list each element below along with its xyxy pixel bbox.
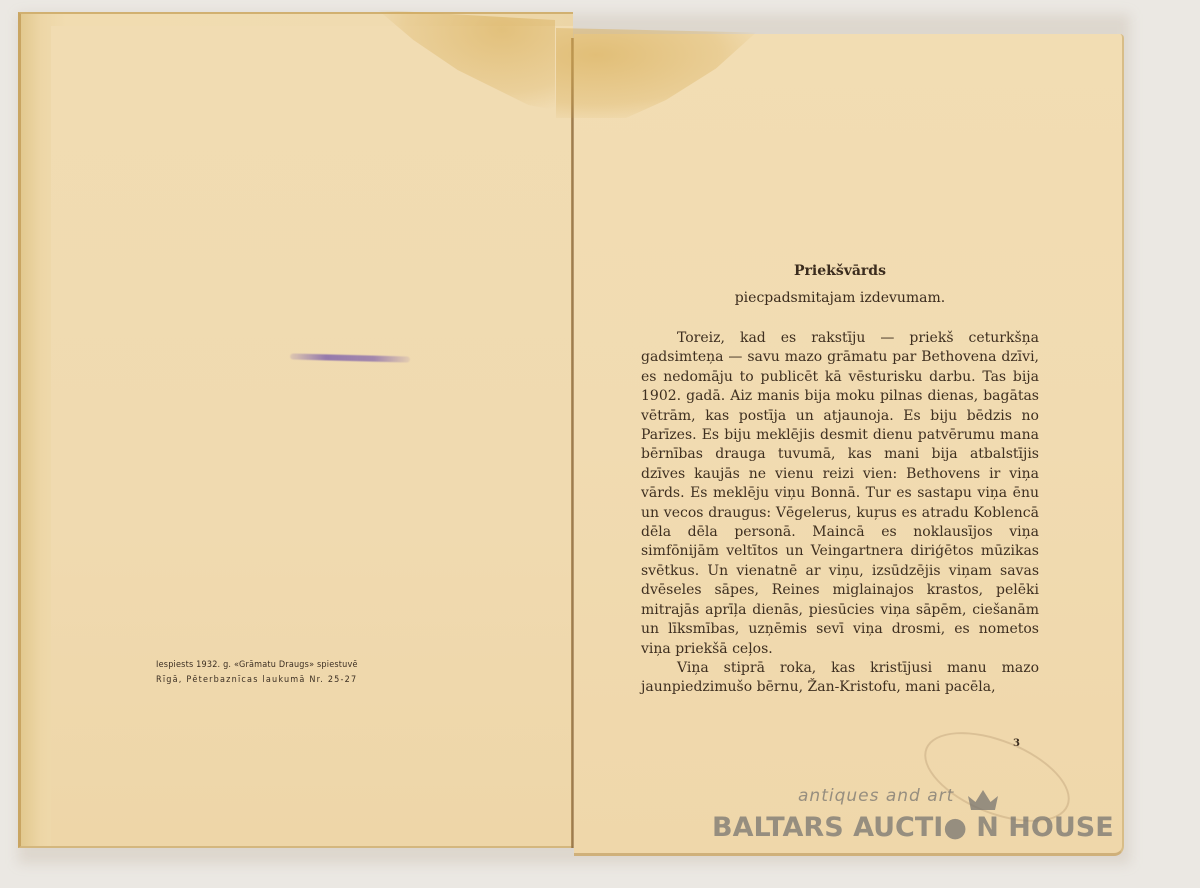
imprint-line-2: Rīgā, Pēterbaznīcas laukumā Nr. 25-27 [156,673,358,688]
left-page-leaf [51,26,573,846]
page-title: Priekšvārds [620,263,1060,279]
watermark-name: BALTARS AUCTI● N HOUSE [712,812,1114,843]
paragraph-2: Viņa stiprā roka, kas kristījusi manu ma… [641,659,1039,698]
watermark-tagline: antiques and art [798,786,954,806]
imprint-line-1: Iespiests 1932. g. «Grāmatu Draugs» spie… [156,658,358,673]
watermark: antiques and art BALTARS AUCTI● N HOUSE [720,790,1120,860]
book-spine [571,38,574,848]
paragraph-1: Toreiz, kad es rakstīju — priekš ceturkš… [641,329,1039,659]
page-subtitle: piecpadsmitajam izdevumam. [620,290,1060,306]
printer-imprint: Iespiests 1932. g. «Grāmatu Draugs» spie… [156,658,358,688]
crown-icon [968,790,998,810]
left-page [18,12,573,848]
preface-body: Toreiz, kad es rakstīju — priekš ceturkš… [641,329,1039,698]
